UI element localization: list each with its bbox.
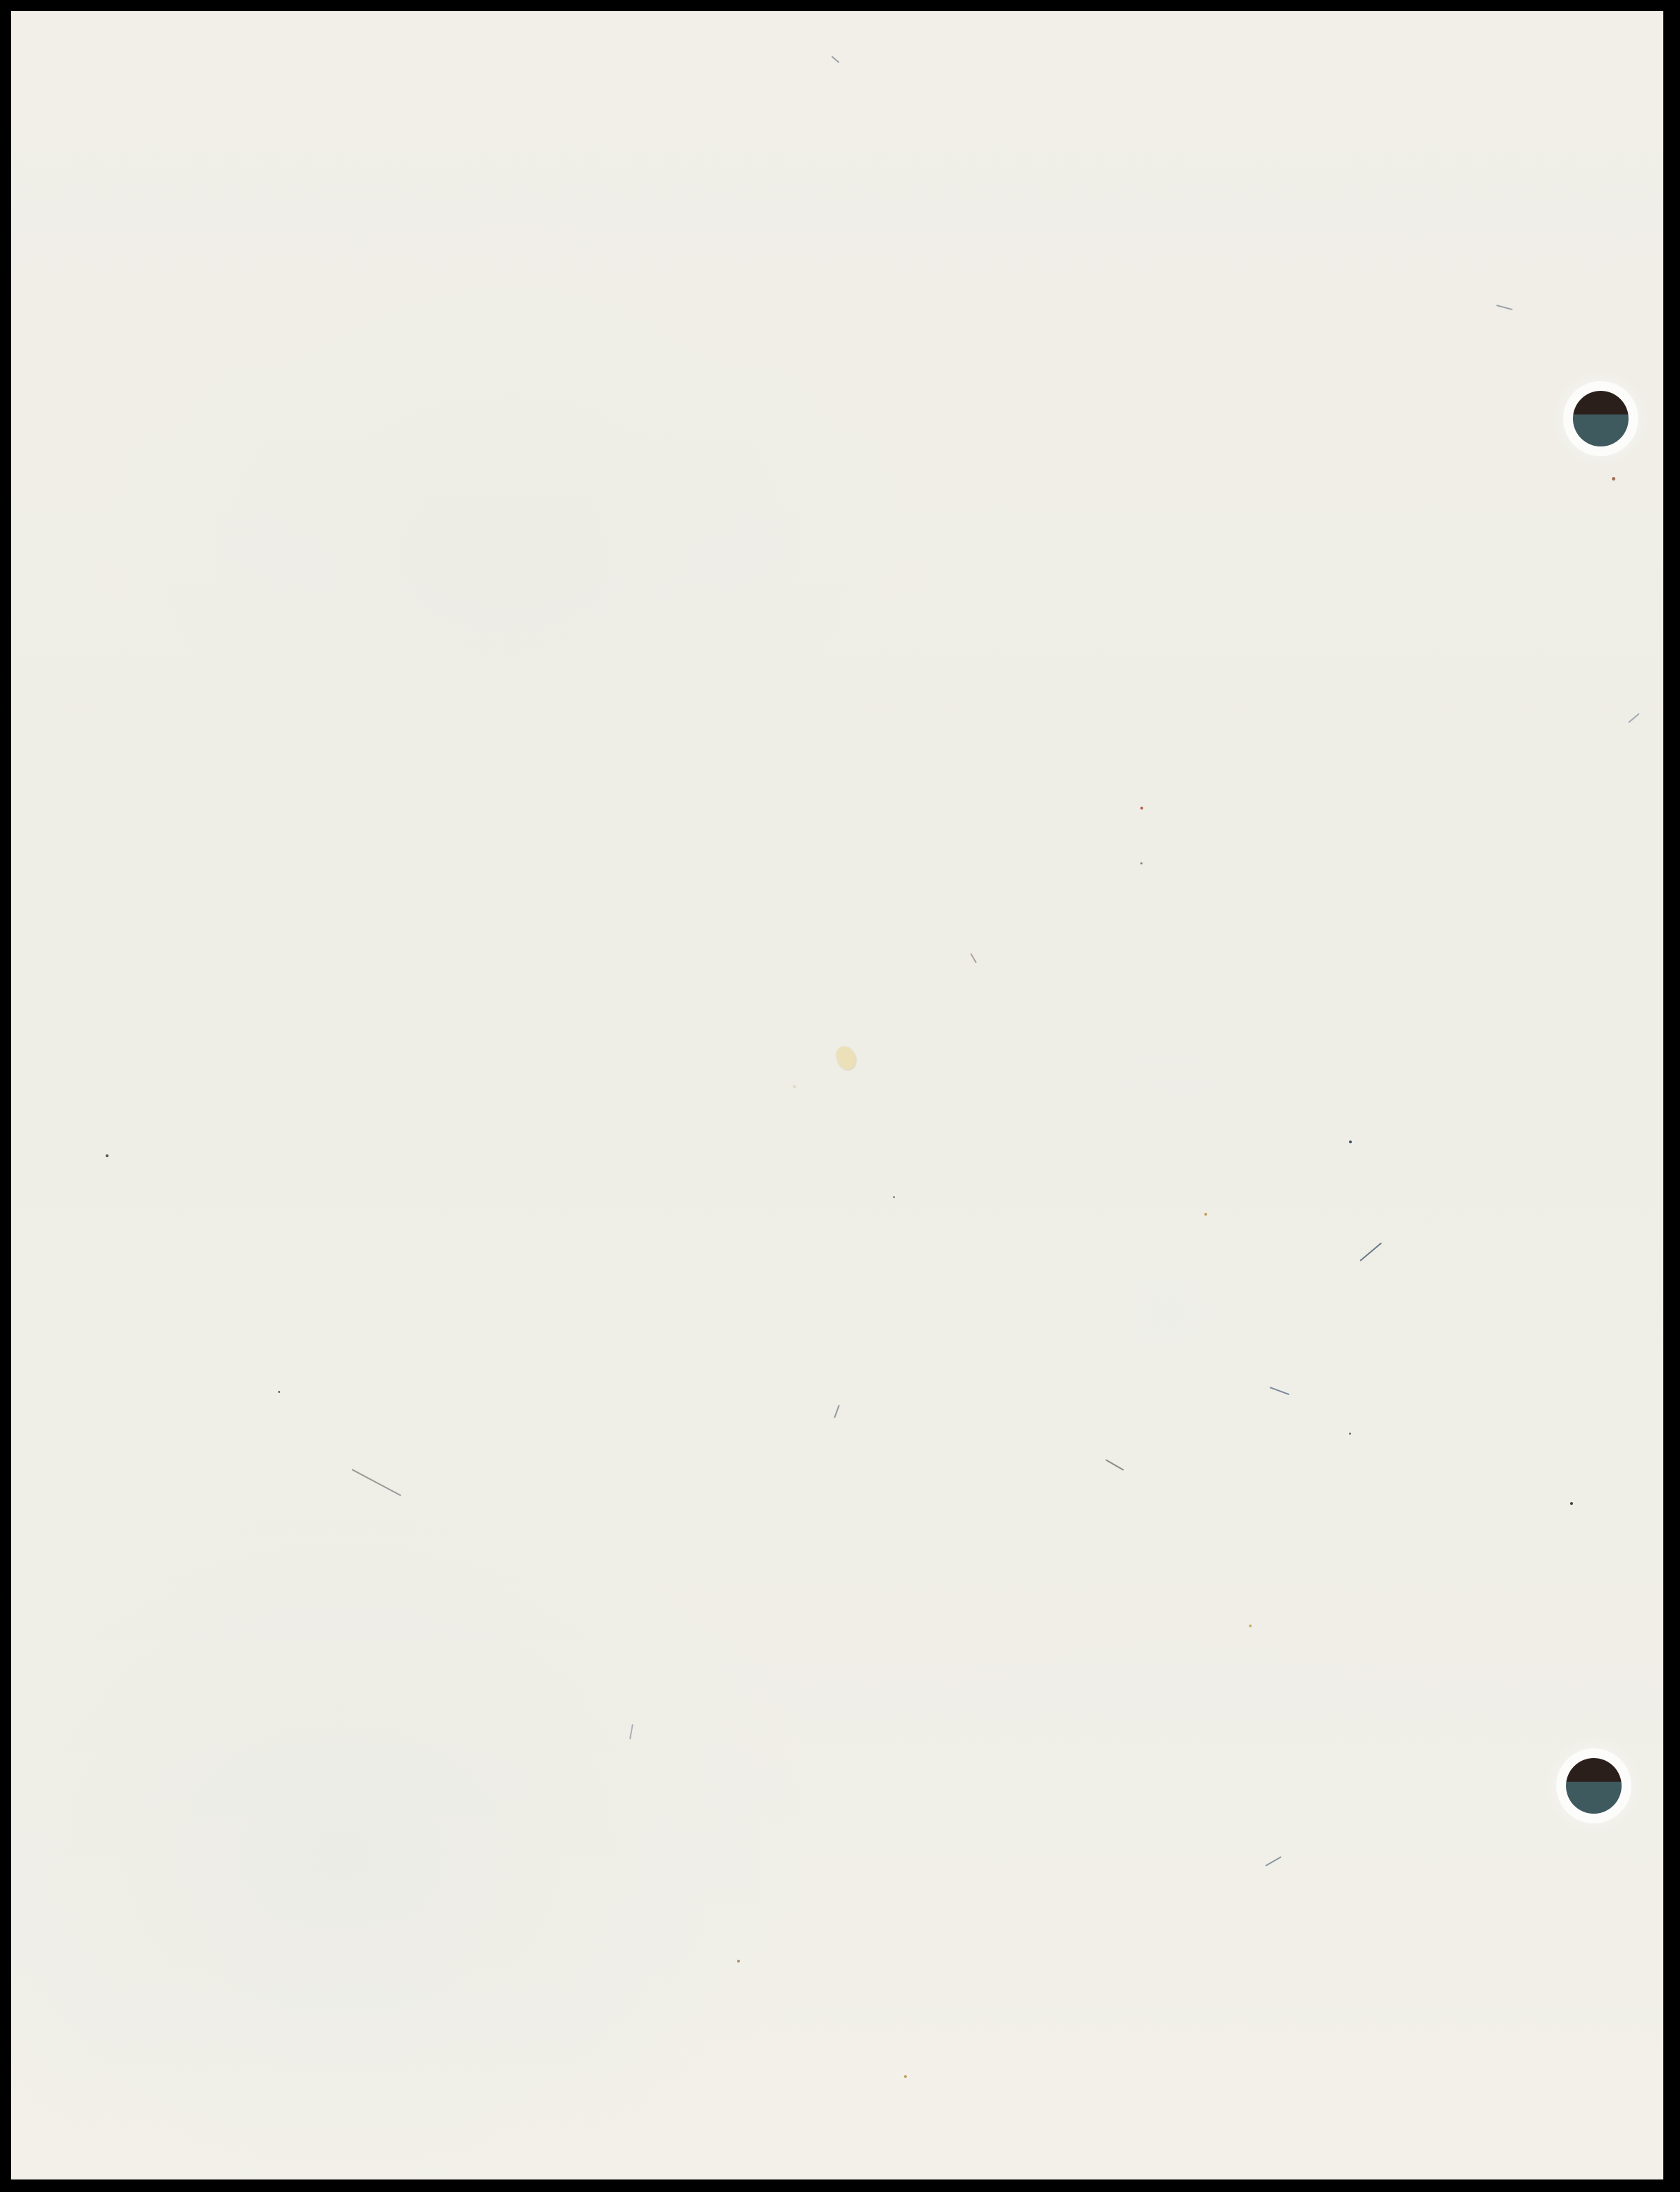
scanner-border — [0, 0, 1680, 2192]
punch-hole-shadow — [1573, 391, 1629, 414]
blank-paper-page — [11, 11, 1663, 2179]
paper-speck — [1140, 862, 1142, 864]
paper-speck — [904, 2075, 907, 2078]
paper-speck — [737, 1960, 740, 1963]
paper-speck — [1349, 1433, 1351, 1435]
paper-speck — [1140, 807, 1143, 809]
paper-speck — [793, 1085, 796, 1088]
paper-speck — [1349, 1141, 1352, 1143]
paper-speck — [1570, 1502, 1573, 1505]
paper-speck — [893, 1196, 895, 1198]
paper-speck — [278, 1391, 280, 1393]
paper-speck — [106, 1154, 108, 1157]
punch-hole-top — [1573, 391, 1629, 446]
paper-speck — [1612, 477, 1615, 481]
punch-hole-backing — [1573, 414, 1629, 446]
punch-hole-bottom — [1566, 1758, 1622, 1814]
punch-hole-shadow — [1566, 1758, 1622, 1782]
paper-speck — [1249, 1625, 1252, 1627]
punch-hole-backing — [1566, 1782, 1622, 1814]
paper-speck — [1204, 1213, 1207, 1216]
